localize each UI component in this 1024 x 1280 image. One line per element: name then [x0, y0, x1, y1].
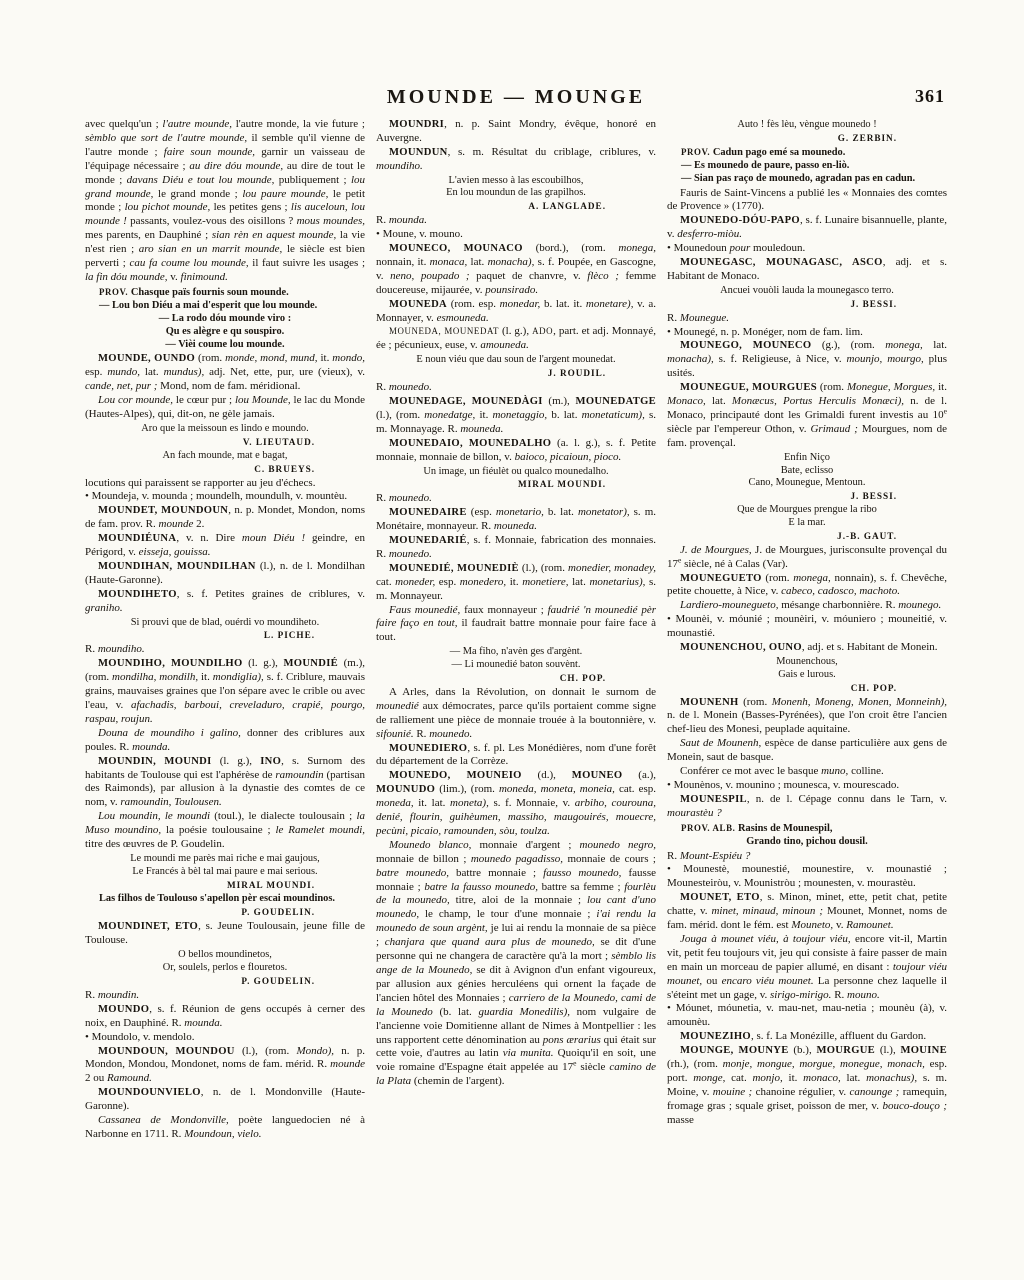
- entry-paragraph: MOUNEDO-DÓU-PAPO, s. f. Lunaire bisannue…: [667, 214, 947, 242]
- entry-paragraph: MOUNDE, OUNDO (rom. monde, mond, mund, i…: [85, 352, 365, 394]
- entry-paragraph: MOUNEDAIO, MOUNEDALHO (a. l. g.), s. f. …: [376, 437, 656, 465]
- proverb-line: Grando tino, pichou dousil.: [667, 836, 947, 849]
- proverb-line: PROV. ALB. Rasins de Mounespil,: [667, 822, 947, 836]
- verse-line: Un image, un fiéulèt ou qualco mounedalh…: [376, 466, 656, 479]
- entry-paragraph: MOUNEDAIRE (esp. monetario, b. lat. mone…: [376, 506, 656, 534]
- entry-paragraph: Cassanea de Mondonville, poète languedoc…: [85, 1114, 365, 1142]
- entry-paragraph: MOUNEDIERO, s. f. pl. Les Monédières, no…: [376, 742, 656, 770]
- entry-paragraph: MOUNENCHOU, OUNO, adj. et s. Habitant de…: [667, 641, 947, 655]
- entry-paragraph: MOUNDIÉUNA, v. n. Dire moun Diéu ! geind…: [85, 532, 365, 560]
- verse-line: Ancuei vouòli lauda la mounegasco terro.: [667, 285, 947, 298]
- entry-paragraph: MOUNEDA (rom. esp. monedar, b. lat. it. …: [376, 298, 656, 326]
- entry-paragraph: MOUNEDARIÉ, s. f. Monnaie, fabrication d…: [376, 534, 656, 562]
- proverb-line: — Vièi coume lou mounde.: [85, 339, 365, 352]
- verse-quote: Enfin NiçoBate, eclissoCano, Mounegue, M…: [667, 452, 947, 490]
- entry-paragraph: MOUNESPIL, n. de l. Cépage connu dans le…: [667, 793, 947, 821]
- quote-attribution: MIRAL MOUNDI.: [376, 478, 656, 490]
- verse-line: Mounenchous,: [667, 656, 947, 669]
- entry-paragraph: Faus mounedié, faux monnayeur ; faudrié …: [376, 604, 656, 646]
- quote-attribution: G. ZERBIN.: [667, 132, 947, 144]
- proverb-block: PROV. Cadun pago emé sa mounedo.— Es mou…: [667, 146, 947, 186]
- verse-quote: Auto ! fès lèu, vèngue mounedo !: [667, 119, 947, 132]
- cross-reference-note: • Mounegé, n. p. Monéger, nom de fam. li…: [667, 326, 947, 340]
- entry-paragraph: Lou cor mounde, le cœur pur ; lou Mounde…: [85, 394, 365, 422]
- verse-quote: L'avien messo à las escoubilhos,En lou m…: [376, 175, 656, 201]
- verse-line: Gais e lurous.: [667, 669, 947, 682]
- verse-line: — Ma fiho, n'avèn ges d'argènt.: [376, 646, 656, 659]
- entry-paragraph: Lou moundin, le moundi (toul.), le diale…: [85, 810, 365, 852]
- verse-line: Si prouvi que de blad, ouérdi vo moundih…: [85, 617, 365, 630]
- verse-line: Le moundi me parès mai riche e mai gaujo…: [85, 853, 365, 866]
- verse-line: — Li mounedié baton souvènt.: [376, 659, 656, 672]
- entry-paragraph: MOUNDOUN, MOUNDOU (l.), (rom. Mondo), n.…: [85, 1045, 365, 1087]
- verse-line: En lou moundun de las grapilhos.: [376, 187, 656, 200]
- entry-paragraph: Douna de moundiho i galino, donner des c…: [85, 727, 365, 755]
- entry-paragraph: MOUNDUN, s. m. Résultat du criblage, cri…: [376, 146, 656, 174]
- dictionary-page: MOUNDE — MOUNGE 361 avec quelqu'un ; l'a…: [0, 0, 1024, 1280]
- verse-line: Aro que la meissoun es lindo e moundo.: [85, 423, 365, 436]
- quote-attribution: J.-B. GAUT.: [667, 530, 947, 542]
- entry-paragraph: R. Mounegue.: [667, 312, 947, 326]
- cross-reference-note: • Mounènos, v. mounino ; mounesca, v. mo…: [667, 779, 947, 793]
- proverb-block: Las filhos de Toulouso s'apellon pèr esc…: [85, 893, 365, 906]
- entry-paragraph: MOUNEDAGE, MOUNEDÀGI (m.), MOUNEDATGE (l…: [376, 395, 656, 437]
- proverb-line: — La rodo dóu mounde viro :: [85, 313, 365, 326]
- verse-quote: Que de Mourgues prengue la riboE la mar.: [667, 504, 947, 530]
- verse-quote: E noun viéu que dau soun de l'argent mou…: [376, 354, 656, 367]
- page-number: 361: [915, 86, 945, 107]
- entry-paragraph: Mounedo blanco, monnaie d'argent ; moune…: [376, 839, 656, 1089]
- proverb-line: PROV. Chasque païs fournis soun mounde.: [85, 286, 365, 300]
- verse-line: An fach mounde, mat e bagat,: [85, 450, 365, 463]
- running-head: MOUNDE — MOUNGE 361: [85, 86, 947, 114]
- proverb-block: PROV. Chasque païs fournis soun mounde.—…: [85, 286, 365, 352]
- entry-paragraph: MOUNET, ETO, s. Minon, minet, ette, peti…: [667, 891, 947, 933]
- entry-paragraph: MOUNDIN, MOUNDI (l. g.), INO, s. Surnom …: [85, 755, 365, 811]
- cross-reference-note: • Móunet, móunetia, v. mau-net, mau-neti…: [667, 1002, 947, 1030]
- quote-attribution: J. BESSI.: [667, 298, 947, 310]
- text-columns: avec quelqu'un ; l'autre mounde, l'autre…: [85, 118, 947, 1248]
- entry-paragraph: MOUNEGO, MOUNECO (g.), (rom. monega, lat…: [667, 339, 947, 381]
- cross-reference-note: • Mounestè, mounestié, mounestire, v. mo…: [667, 863, 947, 891]
- quote-attribution: CH. POP.: [667, 682, 947, 694]
- verse-line: O bellos moundinetos,: [85, 949, 365, 962]
- verse-quote: Aro que la meissoun es lindo e moundo.: [85, 423, 365, 436]
- verse-line: Or, soulels, perlos e flouretos.: [85, 962, 365, 975]
- quote-attribution: L. PICHE.: [85, 629, 365, 641]
- entry-paragraph: Conférer ce mot avec le basque muno, col…: [667, 765, 947, 779]
- entry-paragraph: Fauris de Saint-Vincens a publié les « M…: [667, 187, 947, 215]
- verse-quote: An fach mounde, mat e bagat,: [85, 450, 365, 463]
- entry-paragraph: MOUNEDO, MOUNEIO (d.), MOUNEO (a.), MOUN…: [376, 769, 656, 839]
- entry-paragraph: MOUNDIHAN, MOUNDILHAN (l.), n. de l. Mon…: [85, 560, 365, 588]
- entry-paragraph: MOUNDO, s. f. Réunion de gens occupés à …: [85, 1003, 365, 1031]
- quote-attribution: V. LIEUTAUD.: [85, 436, 365, 448]
- entry-paragraph: R. mounedo.: [376, 492, 656, 506]
- entry-paragraph: MOUNDET, MOUNDOUN, n. p. Mondet, Mondon,…: [85, 504, 365, 532]
- proverb-line: — Sian pas raço de mounedo, agradan pas …: [667, 173, 947, 186]
- quote-attribution: CH. POP.: [376, 672, 656, 684]
- column-center: MOUNDRI, n. p. Saint Mondry, évêque, hon…: [376, 118, 656, 1248]
- entry-paragraph: MOUNDRI, n. p. Saint Mondry, évêque, hon…: [376, 118, 656, 146]
- entry-paragraph: MOUNEDA, MOUNEDAT (l. g.), ADO, part. et…: [376, 325, 656, 353]
- entry-paragraph: MOUNGE, MOUNYE (b.), MOURGUE (l.), MOUIN…: [667, 1044, 947, 1127]
- entry-paragraph: MOUNEZIHO, s. f. La Monézille, affluent …: [667, 1030, 947, 1044]
- entry-paragraph: MOUNEGUE, MOURGUES (rom. Monegue, Morgue…: [667, 381, 947, 451]
- entry-paragraph: MOUNDIHO, MOUNDILHO (l. g.), MOUNDIÉ (m.…: [85, 657, 365, 727]
- column-right: Auto ! fès lèu, vèngue mounedo !G. ZERBI…: [667, 118, 947, 1248]
- entry-paragraph: avec quelqu'un ; l'autre mounde, l'autre…: [85, 118, 365, 285]
- quote-attribution: A. LANGLADE.: [376, 200, 656, 212]
- quote-attribution: J. BESSI.: [667, 490, 947, 502]
- proverb-line: Las filhos de Toulouso s'apellon pèr esc…: [85, 893, 365, 906]
- quote-attribution: P. GOUDELIN.: [85, 906, 365, 918]
- verse-quote: Ancuei vouòli lauda la mounegasco terro.: [667, 285, 947, 298]
- proverb-line: — Es mounedo de paure, passo en-liò.: [667, 160, 947, 173]
- proverb-block: PROV. ALB. Rasins de Mounespil,Grando ti…: [667, 822, 947, 849]
- entry-paragraph: Saut de Mounenh, espèce de danse particu…: [667, 737, 947, 765]
- column-left: avec quelqu'un ; l'autre mounde, l'autre…: [85, 118, 365, 1248]
- verse-quote: Un image, un fiéulèt ou qualco mounedalh…: [376, 466, 656, 479]
- verse-line: E la mar.: [667, 517, 947, 530]
- verse-quote: Le moundi me parès mai riche e mai gaujo…: [85, 853, 365, 879]
- cross-reference-note: • Moundolo, v. mendolo.: [85, 1031, 365, 1045]
- quote-attribution: J. ROUDIL.: [376, 367, 656, 379]
- entry-paragraph: R. Mount-Espiéu ?: [667, 850, 947, 864]
- entry-paragraph: MOUNEGUETO (rom. monega, nonnain), s. f.…: [667, 572, 947, 600]
- verse-quote: — Ma fiho, n'avèn ges d'argènt.— Li moun…: [376, 646, 656, 672]
- entry-paragraph: R. mounda.: [376, 214, 656, 228]
- quote-attribution: P. GOUDELIN.: [85, 975, 365, 987]
- entry-paragraph: locutions qui paraissent se rapporter au…: [85, 477, 365, 491]
- entry-paragraph: A Arles, dans la Révolution, on donnait …: [376, 686, 656, 742]
- verse-line: Cano, Mounegue, Mentoun.: [667, 477, 947, 490]
- page-title: MOUNDE — MOUNGE: [85, 86, 947, 109]
- quote-attribution: C. BRUEYS.: [85, 463, 365, 475]
- quote-attribution: MIRAL MOUNDI.: [85, 879, 365, 891]
- entry-paragraph: MOUNDINET, ETO, s. Jeune Toulousain, jeu…: [85, 920, 365, 948]
- entry-paragraph: MOUNDIHETO, s. f. Petites graines de cri…: [85, 588, 365, 616]
- entry-paragraph: R. moundin.: [85, 989, 365, 1003]
- cross-reference-note: • Moune, v. mouno.: [376, 228, 656, 242]
- cross-reference-note: • Moundeja, v. mounda ; moundelh, moundu…: [85, 490, 365, 504]
- verse-line: Le Francés à bèl tal mai paure e mai ser…: [85, 866, 365, 879]
- cross-reference-note: • Mounedoun pour mouledoun.: [667, 242, 947, 256]
- entry-paragraph: MOUNEDIÉ, MOUNEDIÈ (l.), (rom. monedier,…: [376, 562, 656, 604]
- entry-paragraph: J. de Mourgues, J. de Mourgues, juriscon…: [667, 544, 947, 572]
- proverb-line: — Lou bon Diéu a mai d'esperit que lou m…: [85, 300, 365, 313]
- verse-line: L'avien messo à las escoubilhos,: [376, 175, 656, 188]
- verse-quote: Si prouvi que de blad, ouérdi vo moundih…: [85, 617, 365, 630]
- entry-paragraph: MOUNEGASC, MOUNAGASC, ASCO, adj. et s. H…: [667, 256, 947, 284]
- verse-line: Auto ! fès lèu, vèngue mounedo !: [667, 119, 947, 132]
- entry-paragraph: MOUNECO, MOUNACO (bord.), (rom. monega, …: [376, 242, 656, 298]
- entry-paragraph: Lardiero-mounegueto, mésange charbonnièr…: [667, 599, 947, 613]
- entry-paragraph: MOUNDOUNVIELO, n. de l. Mondonville (Hau…: [85, 1086, 365, 1114]
- verse-line: Enfin Niço: [667, 452, 947, 465]
- verse-line: Bate, eclisso: [667, 465, 947, 478]
- verse-quote: O bellos moundinetos,Or, soulels, perlos…: [85, 949, 365, 975]
- cross-reference-note: • Mounèi, v. móunié ; mounèiri, v. móuni…: [667, 613, 947, 641]
- proverb-line: PROV. Cadun pago emé sa mounedo.: [667, 146, 947, 160]
- verse-quote: Mounenchous,Gais e lurous.: [667, 656, 947, 682]
- entry-paragraph: Jouga à mounet viéu, à toujour viéu, enc…: [667, 933, 947, 1003]
- verse-line: E noun viéu que dau soun de l'argent mou…: [376, 354, 656, 367]
- entry-paragraph: R. mounedo.: [376, 381, 656, 395]
- proverb-line: Qu es alègre e qu souspiro.: [85, 326, 365, 339]
- verse-line: Que de Mourgues prengue la ribo: [667, 504, 947, 517]
- entry-paragraph: R. moundiho.: [85, 643, 365, 657]
- entry-paragraph: MOUNENH (rom. Monenh, Moneng, Monen, Mon…: [667, 696, 947, 738]
